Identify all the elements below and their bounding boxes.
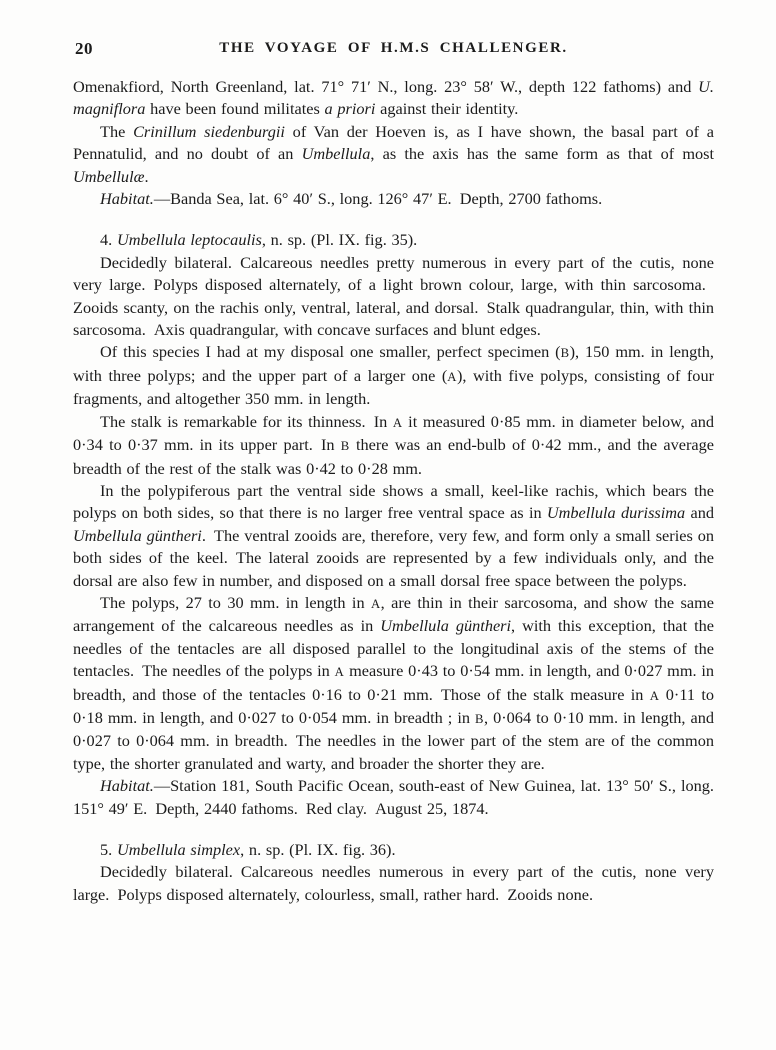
paragraph: 4. Umbellula leptocaulis, n. sp. (Pl. IX… xyxy=(73,229,714,251)
paragraph: The polyps, 27 to 30 mm. in length in A,… xyxy=(73,592,714,775)
body-text: The xyxy=(100,122,133,141)
italic-text: a priori xyxy=(325,99,376,118)
body-text: The stalk is remarkable for its thinness… xyxy=(100,412,393,431)
paragraph: The Crinillum siedenburgii of Van der Ho… xyxy=(73,121,714,188)
paragraph: The stalk is remarkable for its thinness… xyxy=(73,411,714,480)
italic-text: Habitat. xyxy=(100,189,154,208)
italic-text: Umbellula simplex xyxy=(117,840,240,859)
smallcaps-text: B xyxy=(561,346,570,360)
paragraph: Decidedly bilateral. Calcareous needles … xyxy=(73,252,714,342)
body-text: and xyxy=(685,503,714,522)
paragraph: 5. Umbellula simplex, n. sp. (Pl. IX. fi… xyxy=(73,839,714,861)
italic-text: Umbellula güntheri xyxy=(73,526,202,545)
body-text: . xyxy=(144,167,148,186)
paragraph: Habitat.—Banda Sea, lat. 6° 40′ S., long… xyxy=(73,188,714,210)
italic-text: Umbellulæ xyxy=(73,167,144,186)
paragraph: Habitat.—Station 181, South Pacific Ocea… xyxy=(73,775,714,820)
smallcaps-text: B xyxy=(341,439,350,453)
italic-text: Crinillum siedenburgii xyxy=(133,122,285,141)
body-text: The polyps, 27 to 30 mm. in length in xyxy=(100,593,371,612)
paragraph: Of this species I had at my disposal one… xyxy=(73,341,714,410)
body-text: —Banda Sea, lat. 6° 40′ S., long. 126° 4… xyxy=(154,189,602,208)
paragraph: Omenakfiord, North Greenland, lat. 71° 7… xyxy=(73,76,714,121)
smallcaps-text: A xyxy=(335,665,345,679)
smallcaps-text: B xyxy=(475,712,484,726)
body-text: against their identity. xyxy=(375,99,518,118)
body-text: , n. sp. (Pl. IX. fig. 36). xyxy=(240,840,395,859)
body-text: 5. xyxy=(100,840,117,859)
smallcaps-text: A xyxy=(650,689,660,703)
body-text: Decidedly bilateral. Calcareous needles … xyxy=(73,253,714,339)
body-text: Of this species I had at my disposal one… xyxy=(100,342,561,361)
running-title: THE VOYAGE OF H.M.S CHALLENGER. xyxy=(73,39,714,57)
italic-text: Umbellula xyxy=(302,144,371,163)
body-text: have been found militates xyxy=(145,99,324,118)
italic-text: Umbellula durissima xyxy=(547,503,685,522)
paragraph: In the polypiferous part the ventral sid… xyxy=(73,480,714,592)
body-text: Omenakfiord, North Greenland, lat. 71° 7… xyxy=(73,77,698,96)
body-text: —Station 181, South Pacific Ocean, south… xyxy=(73,776,714,817)
book-page: 20 THE VOYAGE OF H.M.S CHALLENGER. Omena… xyxy=(0,0,776,1050)
running-head: 20 THE VOYAGE OF H.M.S CHALLENGER. xyxy=(73,39,714,61)
smallcaps-text: A xyxy=(371,597,381,611)
body-text: , as the axis has the same form as that … xyxy=(370,144,714,163)
smallcaps-text: A xyxy=(393,416,403,430)
text-block: Omenakfiord, North Greenland, lat. 71° 7… xyxy=(73,76,714,906)
page-number: 20 xyxy=(75,39,93,59)
body-text: 4. xyxy=(100,230,117,249)
paragraph: Decidedly bilateral. Calcareous needles … xyxy=(73,861,714,906)
body-text: , n. sp. (Pl. IX. fig. 35). xyxy=(262,230,417,249)
italic-text: Umbellula leptocaulis xyxy=(117,230,262,249)
italic-text: Habitat. xyxy=(100,776,154,795)
body-text: Decidedly bilateral. Calcareous needles … xyxy=(73,862,714,903)
italic-text: Umbellula güntheri xyxy=(380,616,511,635)
smallcaps-text: A xyxy=(447,370,457,384)
